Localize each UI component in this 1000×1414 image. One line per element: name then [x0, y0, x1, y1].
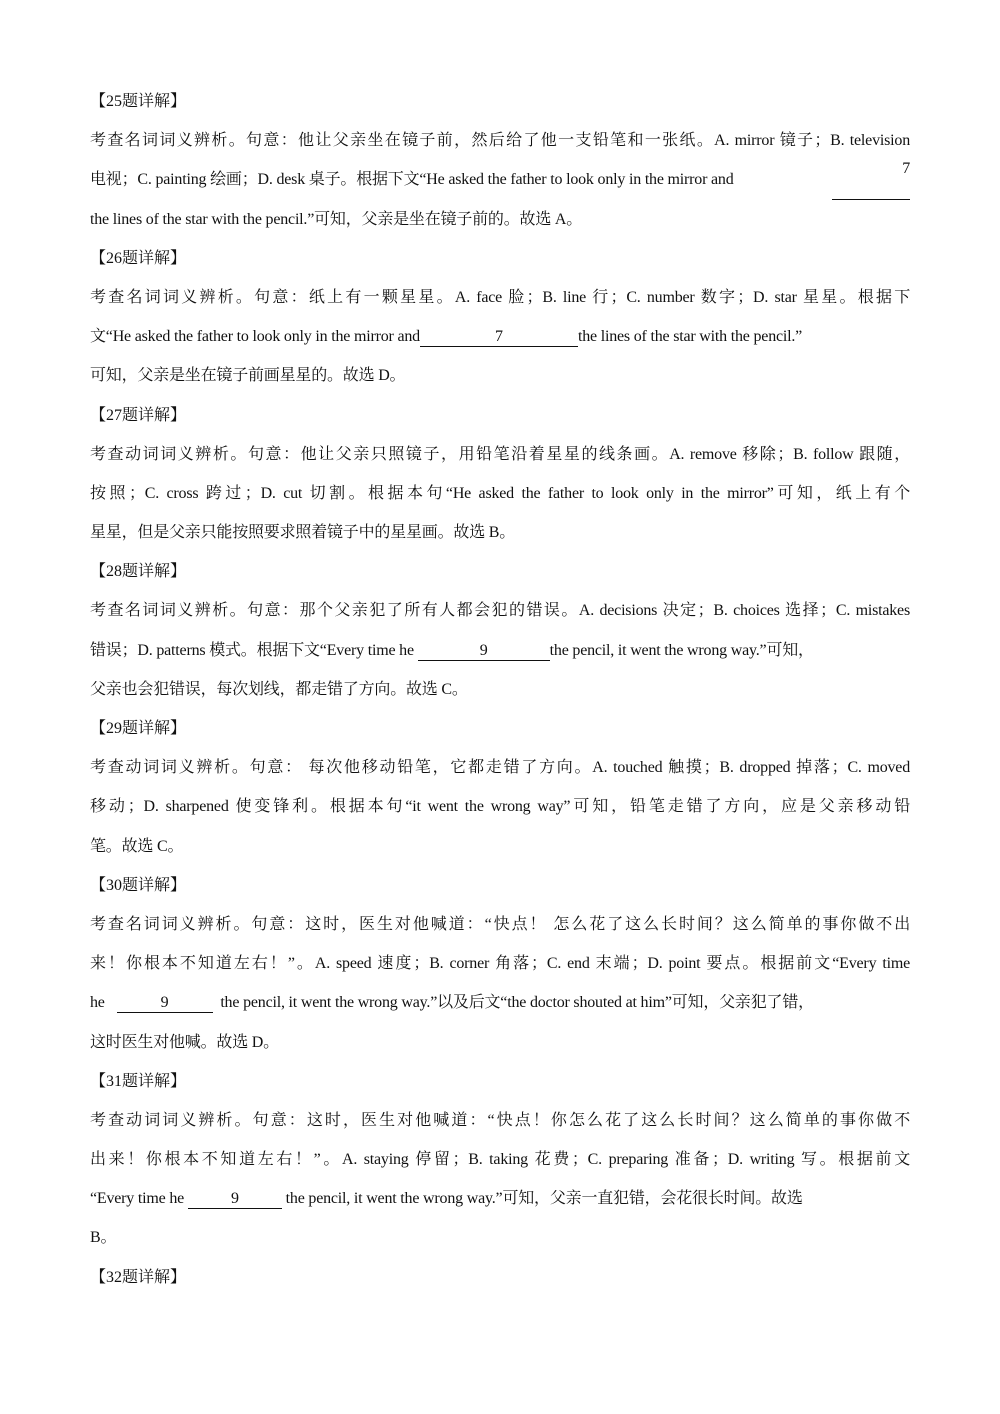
section-32: 【32题详解】	[90, 1258, 910, 1297]
section-heading: 【31题详解】	[90, 1062, 910, 1101]
text-line: 文“He asked the father to look only in th…	[90, 317, 910, 356]
section-29: 【29题详解】 考查动词词义辨析。句意： 每次他移动铅笔，它都走错了方向。A. …	[90, 709, 910, 866]
section-25: 【25题详解】 考查名词词义辨析。句意：他让父亲坐在镜子前，然后给了他一支铅笔和…	[90, 82, 910, 239]
section-heading: 【28题详解】	[90, 552, 910, 591]
section-28: 【28题详解】 考查名词词义辨析。句意：那个父亲犯了所有人都会犯的错误。A. d…	[90, 552, 910, 709]
text-line: 按照；C. cross 跨过；D. cut 切割。根据本句“He asked t…	[90, 474, 910, 513]
text-segment: the pencil, it went the wrong way.”可知，父亲…	[282, 1190, 803, 1207]
text-line: B。	[90, 1218, 910, 1257]
section-30: 【30题详解】 考查名词词义辨析。句意：这时，医生对他喊道：“快点！ 怎么花了这…	[90, 866, 910, 1062]
text-line: 考查动词词义辨析。句意：这时，医生对他喊道：“快点！你怎么花了这么长时间？这么简…	[90, 1101, 910, 1140]
text-line: 考查名词词义辨析。句意：他让父亲坐在镜子前，然后给了他一支铅笔和一张纸。A. m…	[90, 121, 910, 160]
text-segment: “Every time he	[90, 1190, 188, 1207]
text-line: 父亲也会犯错误，每次划线，都走错了方向。故选 C。	[90, 670, 910, 709]
text-line: 考查名词词义辨析。句意：这时，医生对他喊道：“快点！ 怎么花了这么长时间？这么简…	[90, 905, 910, 944]
document-page: 【25题详解】 考查名词词义辨析。句意：他让父亲坐在镜子前，然后给了他一支铅笔和…	[90, 82, 910, 1297]
text-line: 出来！你根本不知道左右！”。A. staying 停留；B. taking 花费…	[90, 1140, 910, 1179]
text-line: the lines of the star with the pencil.”可…	[90, 200, 910, 239]
section-heading: 【32题详解】	[90, 1258, 910, 1297]
section-heading: 【26题详解】	[90, 239, 910, 278]
text-line: he 9 the pencil, it went the wrong way.”…	[90, 983, 910, 1022]
text-line: 移动；D. sharpened 使变锋利。根据本句“it went the wr…	[90, 787, 910, 826]
section-heading: 【29题详解】	[90, 709, 910, 748]
text-line: 笔。故选 C。	[90, 827, 910, 866]
text-line: 这时医生对他喊。故选 D。	[90, 1023, 910, 1062]
text-line: 星星，但是父亲只能按照要求照着镜子中的星星画。故选 B。	[90, 513, 910, 552]
blank-number: 9	[418, 642, 550, 661]
section-31: 【31题详解】 考查动词词义辨析。句意：这时，医生对他喊道：“快点！你怎么花了这…	[90, 1062, 910, 1258]
blank-number: 9	[188, 1190, 282, 1209]
text-line: “Every time he 9 the pencil, it went the…	[90, 1179, 910, 1218]
blank-number: 7	[420, 328, 578, 347]
section-27: 【27题详解】 考查动词词义辨析。句意：他让父亲只照镜子，用铅笔沿着星星的线条画…	[90, 396, 910, 553]
blank-number: 9	[117, 994, 213, 1013]
text-segment: the lines of the star with the pencil.”	[578, 328, 802, 345]
text-segment: 文“He asked the father to look only in th…	[90, 328, 420, 345]
section-heading: 【25题详解】	[90, 82, 910, 121]
text-segment: 错误；D. patterns 模式。根据下文“Every time he	[90, 642, 418, 659]
text-line: 考查动词词义辨析。句意：他让父亲只照镜子，用铅笔沿着星星的线条画。A. remo…	[90, 435, 910, 474]
text-line: 考查名词词义辨析。句意：纸上有一颗星星。A. face 脸；B. line 行；…	[90, 278, 910, 317]
section-heading: 【27题详解】	[90, 396, 910, 435]
section-heading: 【30题详解】	[90, 866, 910, 905]
text-line: 来！你根本不知道左右！”。A. speed 速度；B. corner 角落；C.…	[90, 944, 910, 983]
text-line: 考查动词词义辨析。句意： 每次他移动铅笔，它都走错了方向。A. touched …	[90, 748, 910, 787]
text-line: 错误；D. patterns 模式。根据下文“Every time he 9th…	[90, 631, 910, 670]
text-segment: 电视；C. painting 绘画；D. desk 桌子。根据下文“He ask…	[90, 160, 734, 199]
blank-number: 7	[832, 160, 910, 199]
text-line: 可知，父亲是坐在镜子前画星星的。故选 D。	[90, 356, 910, 395]
text-line: 电视；C. painting 绘画；D. desk 桌子。根据下文“He ask…	[90, 160, 910, 199]
section-26: 【26题详解】 考查名词词义辨析。句意：纸上有一颗星星。A. face 脸；B.…	[90, 239, 910, 396]
text-segment: the pencil, it went the wrong way.”以及后文“…	[217, 994, 814, 1011]
text-segment: he	[90, 994, 109, 1011]
text-line: 考查名词词义辨析。句意：那个父亲犯了所有人都会犯的错误。A. decisions…	[90, 591, 910, 630]
text-segment: the pencil, it went the wrong way.”可知，	[550, 642, 814, 659]
